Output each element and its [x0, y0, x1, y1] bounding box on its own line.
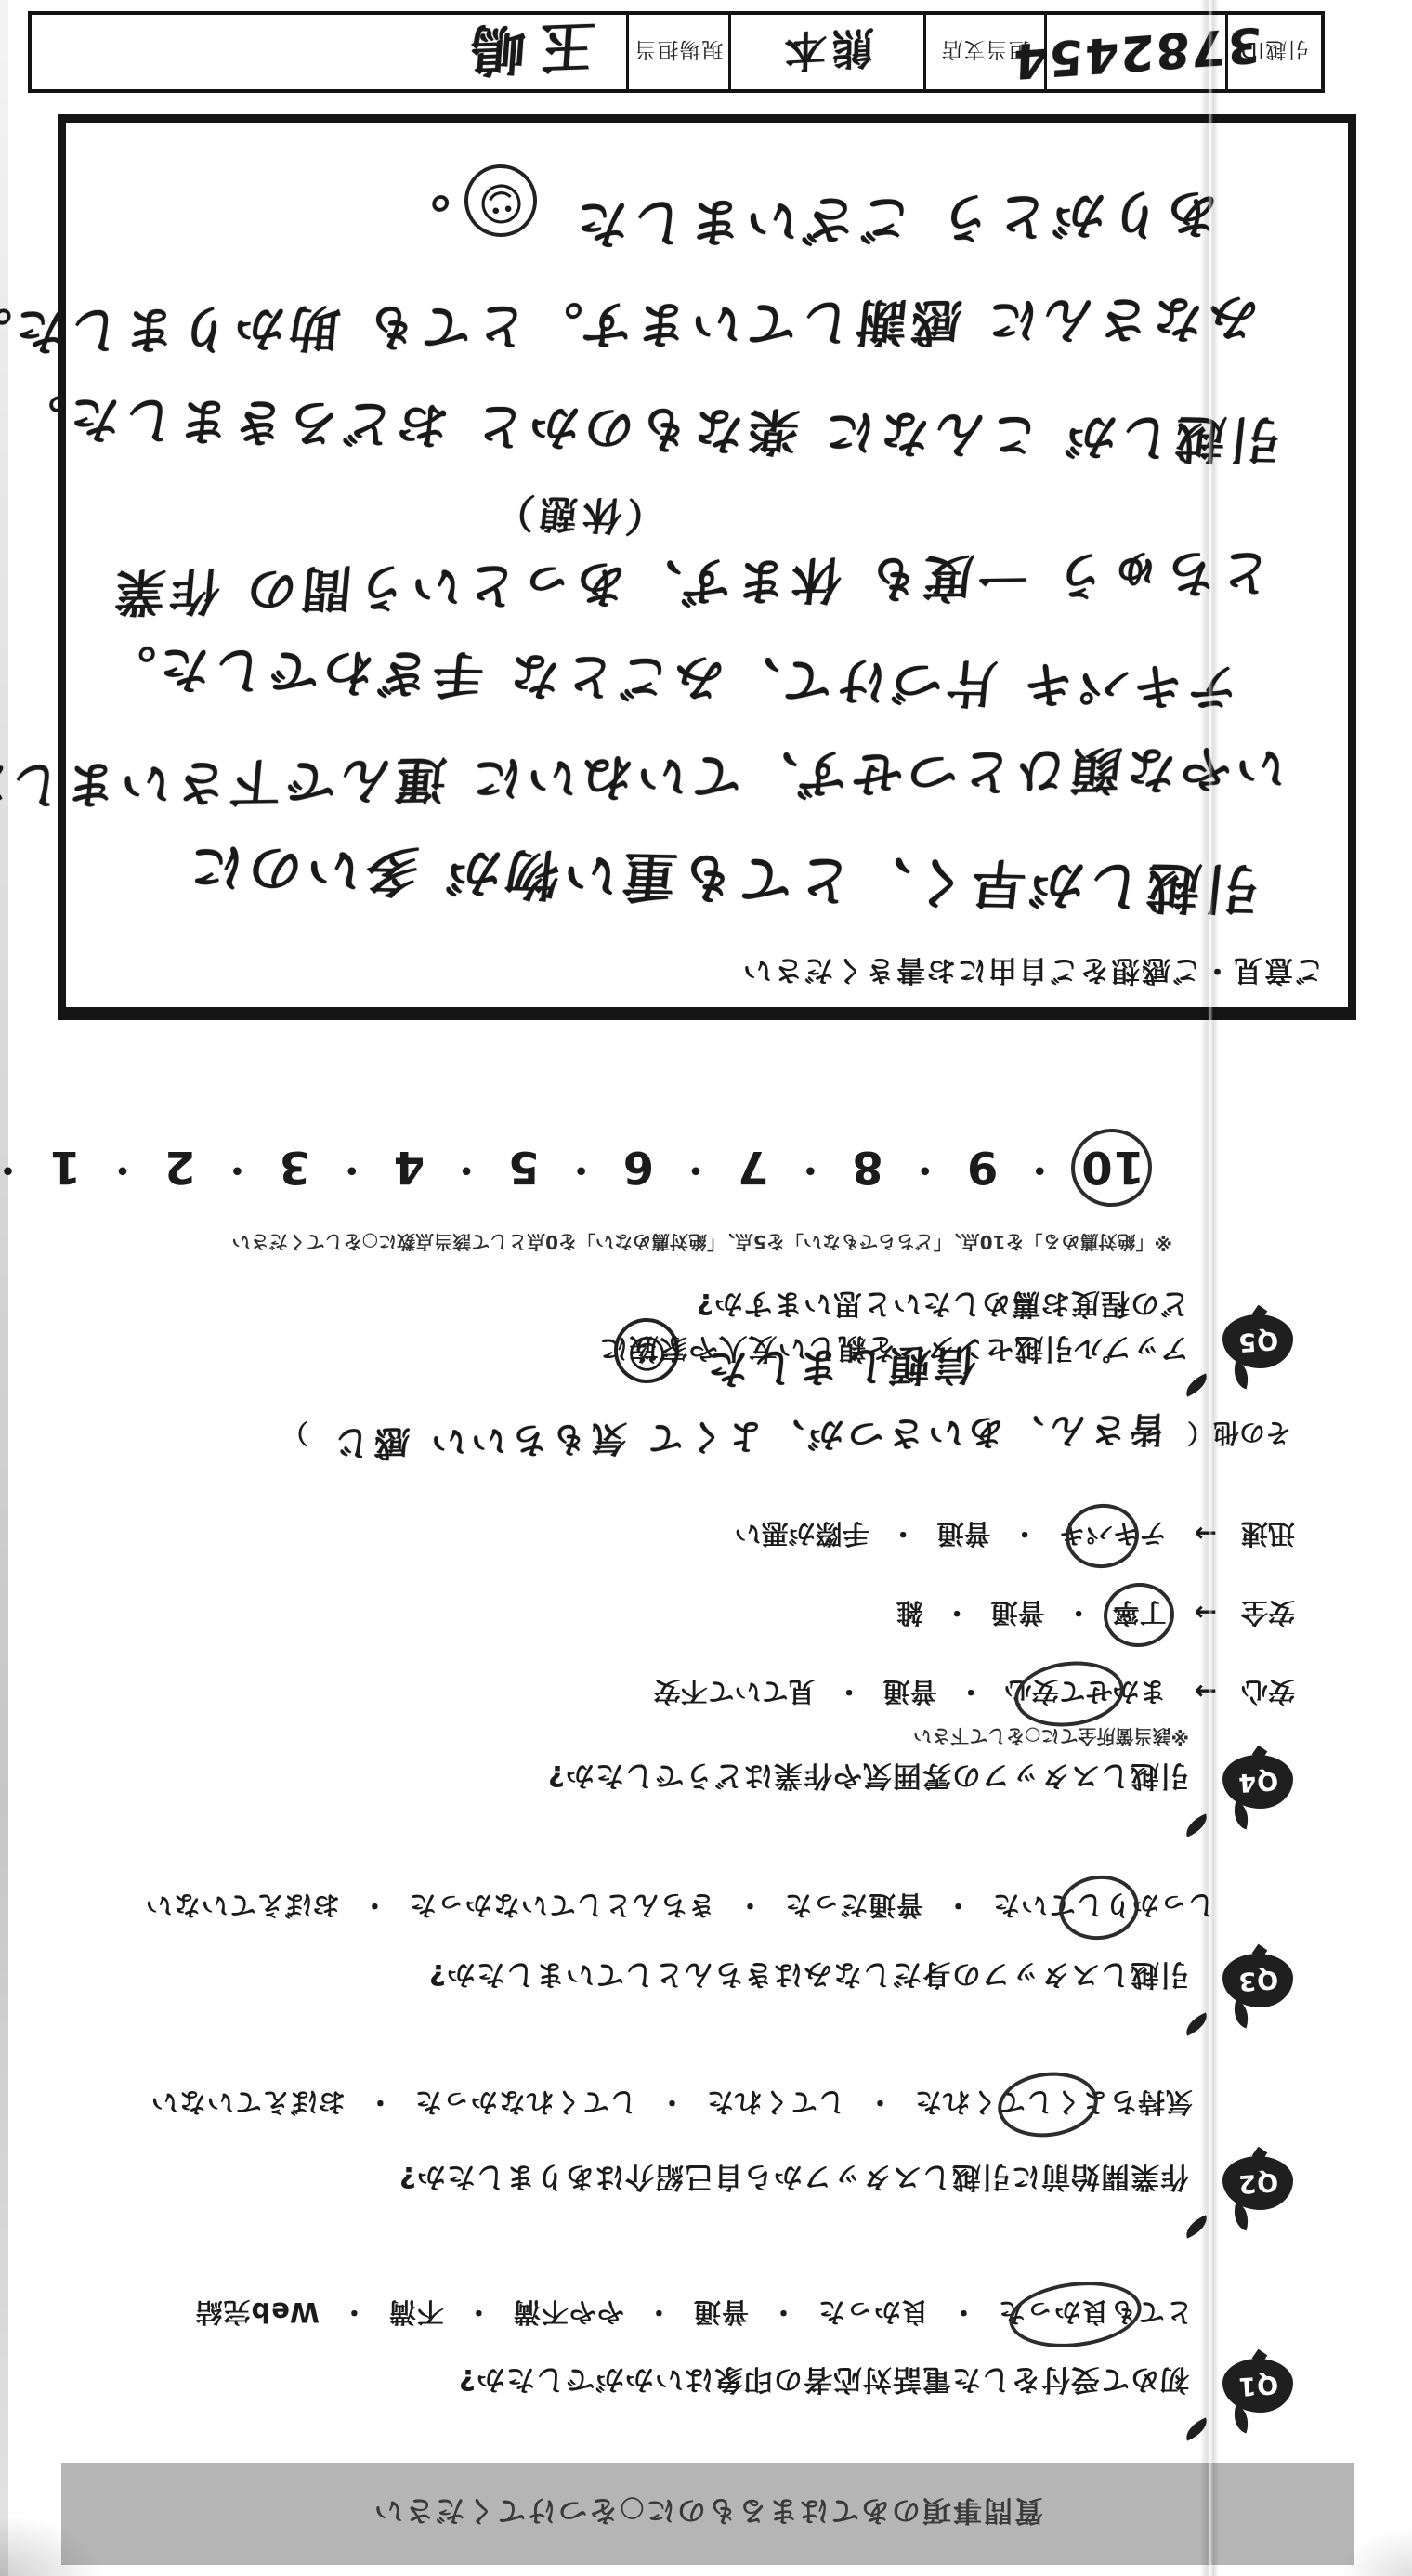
q2-option: してくれた: [706, 2086, 914, 2118]
staff-label-cell: 現場担当: [629, 15, 731, 89]
q5-score: 7: [737, 1141, 851, 1193]
comment-thanks-text: ありがとう ございました: [569, 179, 1221, 265]
q1-option: 良かった: [817, 2296, 998, 2328]
q4-row-option: 見ていて不安: [654, 1676, 883, 1707]
q5-score: 0: [0, 1141, 49, 1193]
q5-score: 5: [507, 1141, 621, 1193]
q1-option: 普通: [693, 2296, 817, 2328]
staff-name-handwritten: 玉嶋: [454, 9, 597, 94]
instruction-text: 質問事項のあてはまるものに○をつけてください: [373, 2493, 1043, 2535]
q5-question-line1: アップル引越センターを親しい友人や家族に: [599, 1330, 1189, 1372]
q4-other-prefix: その他（: [1187, 1418, 1291, 1448]
q1-option-circled: とても良かった: [998, 2295, 1193, 2333]
q4-row-anzen: 安全→丁寧普通雑: [896, 1595, 1295, 1633]
q5-score: 8: [851, 1141, 965, 1193]
q2-question: 作業開始前に引越しスタッフから自己紹介はありましたか?: [399, 2159, 1189, 2201]
q4-badge: Q4: [1222, 1755, 1293, 1809]
comment-box: ご意見・ご感想をご自由にお書きください 引越しが早く、とても重い物が 多いのに …: [58, 114, 1356, 1020]
q4-other-line: その他（ 皆さん、あいさつが、よくて 気もちいい 感じ ）: [282, 1414, 1291, 1465]
q1-badge: Q1: [1222, 2359, 1293, 2413]
q3-option: 普通だった: [784, 1890, 992, 1921]
scanned-survey-page: 質問事項のあてはまるものに○をつけてください Q1 初めて受付をした電話対応者の…: [0, 0, 1412, 2576]
q5-scale: 109876543210: [0, 1141, 1144, 1199]
q4-other-handwriting: 皆さん、あいさつが、よくて 気もちいい 感じ: [328, 1406, 1168, 1472]
q4-other-suffix: ）: [282, 1418, 308, 1448]
move-id-handwritten: 3782454: [1011, 16, 1262, 88]
comment-line: 引越しが早く、とても重い物が 多いのに: [181, 832, 1263, 933]
branch-handwritten: 熊本: [779, 19, 875, 85]
branch-value-cell: 熊本: [731, 15, 926, 89]
q1-options: とても良かった良かった普通やや不満不満Web完結: [194, 2295, 1193, 2333]
q4-row-option-circled: まかせて安心: [1005, 1674, 1167, 1712]
q4-row-option: 雑: [896, 1597, 991, 1628]
comment-closing-mark: 。: [389, 184, 451, 259]
q4-row-option: 手際が悪い: [735, 1518, 937, 1550]
staff-name-cell: 玉嶋: [32, 15, 629, 89]
q5-badge: Q5: [1222, 1314, 1293, 1368]
q3-options: しっかりしていた普通だったきちんとしていなかったおぼえていない: [145, 1888, 1215, 1926]
q4-row-option-circled: 丁寧: [1113, 1595, 1167, 1633]
q1-option: Web完結: [194, 2296, 387, 2328]
q4-question: 引越しスタッフの雰囲気や作業はどうでしたか?: [547, 1758, 1189, 1799]
q5-score: 3: [278, 1141, 392, 1193]
q2-option: してくれなかった: [414, 2086, 706, 2118]
q4-row-jinsoku: 迅速→テキパキ普通手際が悪い: [735, 1516, 1295, 1554]
q1-badge-label: Q1: [1236, 2370, 1279, 2401]
q4-row-anshin: 安心→まかせて安心普通見ていて不安: [654, 1674, 1295, 1712]
q5-score: 2: [163, 1141, 278, 1193]
q4-row-option: 普通: [883, 1676, 1005, 1707]
smiley-face-icon: ☺: [460, 159, 543, 242]
q5-score-circled: 10: [1080, 1141, 1144, 1193]
leaf-icon: [1182, 1813, 1211, 1837]
comment-line-last: ありがとう ございました ☺ 。: [392, 164, 1218, 259]
survey-sheet-rotated: 質問事項のあてはまるものに○をつけてください Q1 初めて受付をした電話対応者の…: [0, 0, 1412, 2576]
q3-option: きちんとしていなかった: [409, 1890, 784, 1921]
q4-row-option-circled: テキパキ: [1059, 1516, 1167, 1554]
q5-score: 4: [393, 1141, 507, 1193]
q4-row-label: 安心: [1241, 1676, 1295, 1707]
comment-line: みなさんに 感謝しています。とても 助かりました。: [0, 286, 1261, 372]
q4-row-option: 普通: [937, 1518, 1059, 1550]
q2-option-circled: 気持ちよくしてくれた: [914, 2085, 1193, 2123]
q5-score: 6: [622, 1141, 737, 1193]
staff-table: 引越ID 3782454 担当支店 熊本 現場担当 玉嶋: [28, 11, 1325, 93]
q4-badge-label: Q4: [1236, 1766, 1279, 1798]
arrow-icon: →: [1195, 1676, 1217, 1707]
comment-line: テキパキ 片づけて、みごとな 手ぎわでした。: [97, 635, 1241, 726]
q4-row-label: 安全: [1241, 1597, 1295, 1628]
q2-badge-label: Q2: [1236, 2167, 1279, 2199]
q4-note: ※該当箇所全てに○をして下さい: [913, 1724, 1189, 1751]
q3-badge: Q3: [1222, 1954, 1293, 2007]
q4-row-option: 普通: [991, 1597, 1113, 1628]
q4-row-label: 迅速: [1241, 1518, 1295, 1550]
comment-line-parenthetical: （休憩）: [488, 486, 668, 548]
arrow-icon: →: [1195, 1518, 1217, 1550]
q5-score: 9: [966, 1141, 1080, 1193]
q2-badge: Q2: [1222, 2156, 1293, 2210]
arrow-icon: →: [1195, 1597, 1217, 1628]
leaf-icon: [1182, 2417, 1211, 2440]
q1-question: 初めて受付をした電話対応者の印象はいかがでしたか?: [458, 2361, 1189, 2403]
q3-badge-label: Q3: [1236, 1965, 1279, 1996]
comment-line: いやな顔ひとつせず、ていねいに 運んで下さいました。: [0, 736, 1289, 827]
q5-score: 1: [49, 1141, 163, 1193]
q3-option-circled: しっかりしていた: [992, 1888, 1215, 1926]
staff-label: 現場担当: [634, 37, 724, 68]
q3-option: おぼえていない: [145, 1890, 409, 1921]
comment-line: とちゅう 一度も 休まず、あっという間の 作業: [107, 540, 1273, 632]
q3-question: 引越しスタッフの身だしなみはきちんとしていましたか?: [428, 1956, 1189, 1998]
q2-options: 気持ちよくしてくれたしてくれたしてくれなかったおぼえていない: [150, 2085, 1193, 2123]
q5-badge-label: Q5: [1236, 1326, 1279, 1357]
instruction-bar: 質問事項のあてはまるものに○をつけてください: [61, 2463, 1354, 2565]
q5-note: ※「絶対薦める」を10点、「どちらでもない」を5点、「絶対薦めない」を0点として…: [232, 1230, 1172, 1257]
q1-option: やや不満: [513, 2296, 693, 2328]
comment-line: 引越しが こんなに 楽なものかと おどろきました。: [7, 386, 1284, 479]
move-id-value-cell: 3782454: [1047, 15, 1228, 89]
leaf-icon: [1182, 2012, 1211, 2035]
q2-option: おぼえていない: [150, 2086, 414, 2118]
comment-box-header: ご意見・ご感想をご自由にお書きください: [741, 952, 1324, 994]
leaf-icon: [1182, 2215, 1211, 2238]
q1-option: 不満: [388, 2296, 513, 2328]
q5-question-line2: どの程度お薦めしたいと思いますか?: [696, 1286, 1189, 1327]
leaf-icon: [1182, 1373, 1211, 1396]
